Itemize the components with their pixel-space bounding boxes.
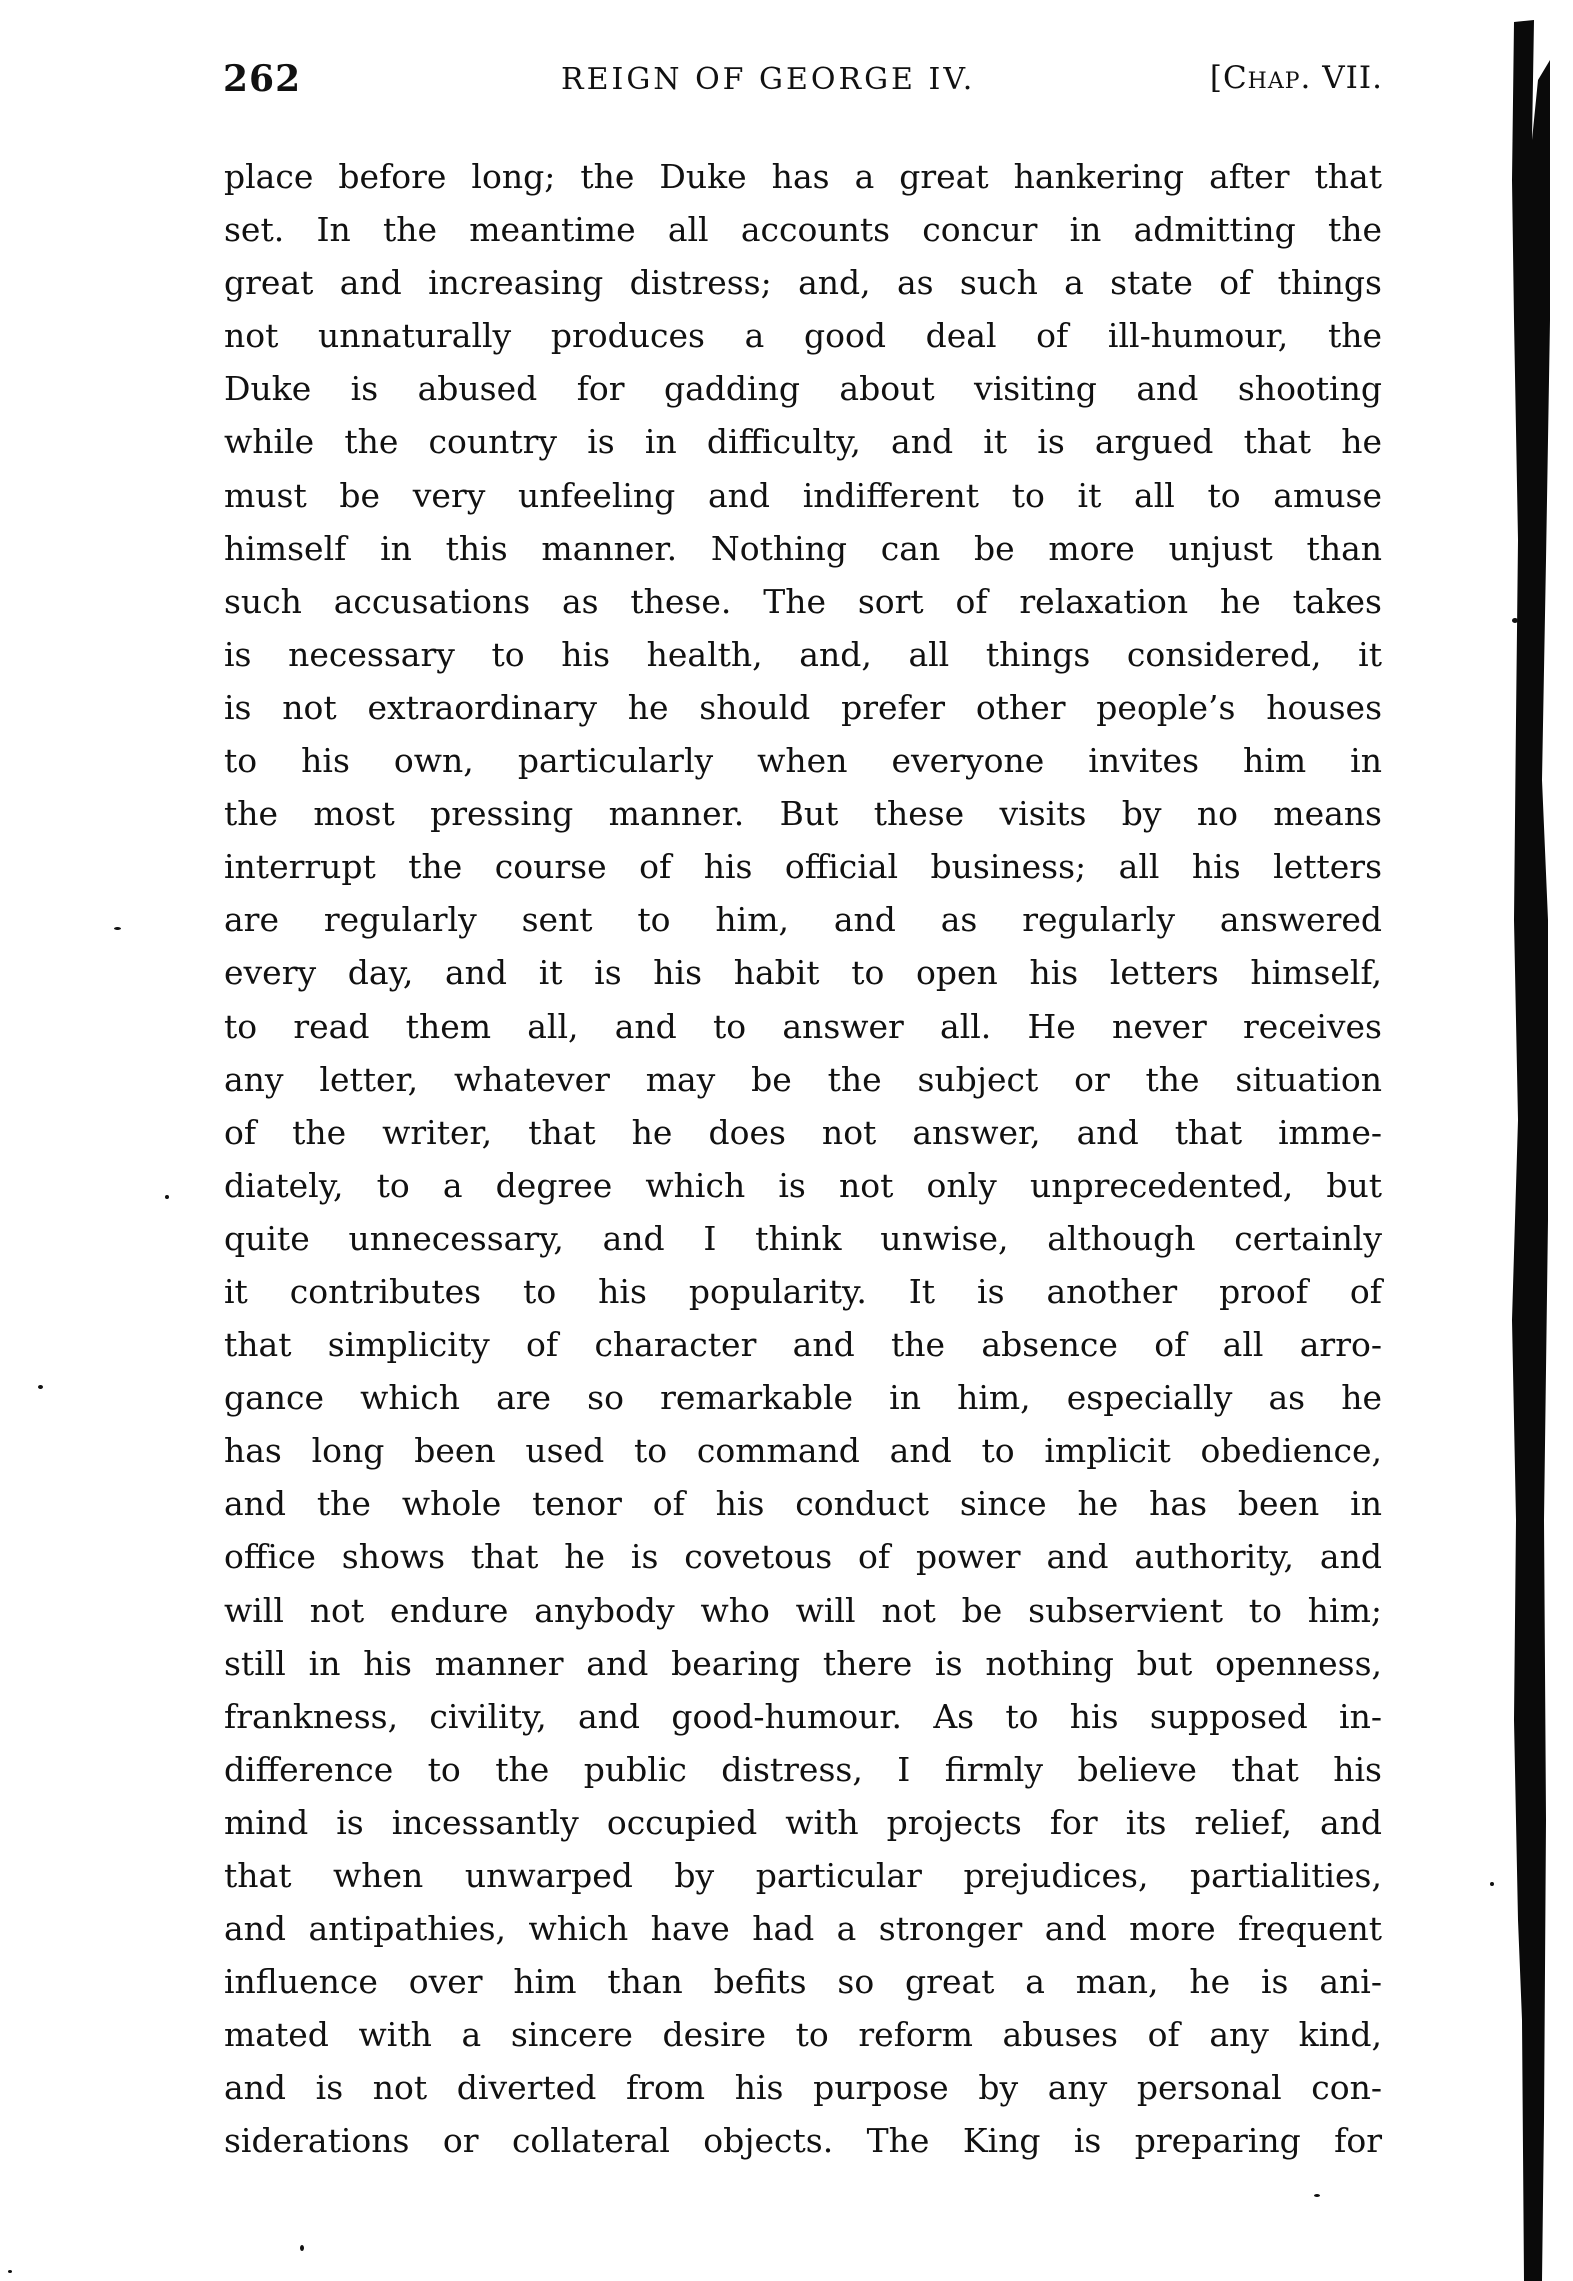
text-line: difference to the public distress, I fir… <box>224 1743 1382 1796</box>
text-line: to his own, particularly when everyone i… <box>224 734 1382 787</box>
page-number: 262 <box>223 58 301 100</box>
text-line: must be very unfeeling and indifferent t… <box>224 469 1382 522</box>
text-line: to read them all, and to answer all. He … <box>224 1000 1382 1053</box>
ink-speck <box>1314 2194 1320 2197</box>
text-line: diately, to a degree which is not only u… <box>224 1159 1382 1212</box>
text-line: influence over him than befits so great … <box>224 1955 1382 2008</box>
text-line: while the country is in difficulty, and … <box>224 415 1382 468</box>
text-line: it contributes to his popularity. It is … <box>224 1265 1382 1318</box>
ink-speck <box>38 1385 43 1389</box>
text-line: any letter, whatever may be the subject … <box>224 1053 1382 1106</box>
running-head: 262 REIGN OF GEORGE IV. [Chap. VII. <box>223 58 1383 106</box>
text-line: office shows that he is covetous of powe… <box>224 1530 1382 1583</box>
text-line: place before long; the Duke has a great … <box>224 150 1382 203</box>
text-line: and is not diverted from his purpose by … <box>224 2061 1382 2114</box>
text-line: quite unnecessary, and I think unwise, a… <box>224 1212 1382 1265</box>
text-line: frankness, civility, and good-humour. As… <box>224 1690 1382 1743</box>
text-line: of the writer, that he does not answer, … <box>224 1106 1382 1159</box>
text-line: that simplicity of character and the abs… <box>224 1318 1382 1371</box>
text-line: still in his manner and bearing there is… <box>224 1637 1382 1690</box>
binding-shadow <box>1512 20 1552 2281</box>
running-title: REIGN OF GEORGE IV. <box>561 62 975 97</box>
ink-speck <box>165 1195 169 1199</box>
text-line: is not extraordinary he should prefer ot… <box>224 681 1382 734</box>
text-line: is necessary to his health, and, all thi… <box>224 628 1382 681</box>
ink-speck <box>8 2270 12 2273</box>
text-line: that when unwarped by particular prejudi… <box>224 1849 1382 1902</box>
text-line: gance which are so remarkable in him, es… <box>224 1371 1382 1424</box>
text-line: siderations or collateral objects. The K… <box>224 2114 1382 2167</box>
text-line: set. In the meantime all accounts concur… <box>224 203 1382 256</box>
text-line: such accusations as these. The sort of r… <box>224 575 1382 628</box>
book-page: 262 REIGN OF GEORGE IV. [Chap. VII. plac… <box>0 0 1573 2281</box>
text-line: and the whole tenor of his conduct since… <box>224 1477 1382 1530</box>
text-line: every day, and it is his habit to open h… <box>224 946 1382 999</box>
chapter-label: [Chap. VII. <box>1210 60 1383 96</box>
text-line: interrupt the course of his official bus… <box>224 840 1382 893</box>
text-line: mind is incessantly occupied with projec… <box>224 1796 1382 1849</box>
text-line: and antipathies, which have had a strong… <box>224 1902 1382 1955</box>
text-line: will not endure anybody who will not be … <box>224 1584 1382 1637</box>
text-line: mated with a sincere desire to reform ab… <box>224 2008 1382 2061</box>
text-line: the most pressing manner. But these visi… <box>224 787 1382 840</box>
ink-speck <box>114 927 121 930</box>
body-text: place before long; the Duke has a great … <box>224 150 1382 2168</box>
text-line: are regularly sent to him, and as regula… <box>224 893 1382 946</box>
text-line: great and increasing distress; and, as s… <box>224 256 1382 309</box>
ink-speck <box>1512 618 1518 623</box>
text-line: not unnaturally produces a good deal of … <box>224 309 1382 362</box>
ink-speck <box>300 2245 304 2251</box>
text-line: himself in this manner. Nothing can be m… <box>224 522 1382 575</box>
text-line: Duke is abused for gadding about visitin… <box>224 362 1382 415</box>
text-line: has long been used to command and to imp… <box>224 1424 1382 1477</box>
ink-speck <box>1490 1882 1494 1886</box>
